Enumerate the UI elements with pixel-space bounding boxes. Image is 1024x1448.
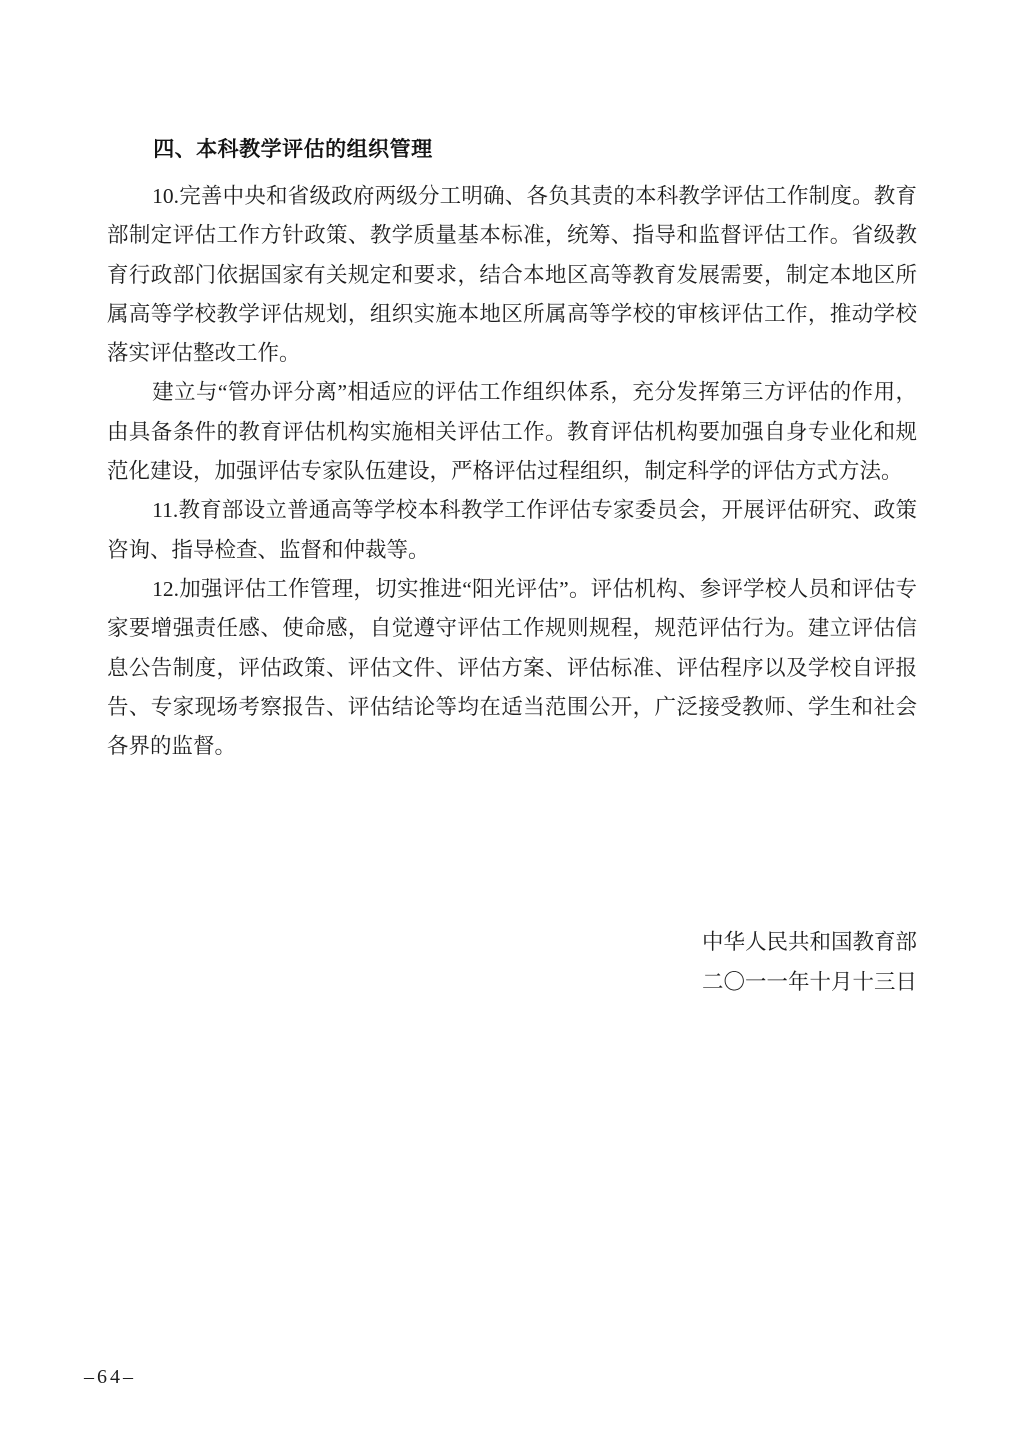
document-page: 四、本科教学评估的组织管理 10.完善中央和省级政府两级分工明确、各负其责的本科… <box>0 0 1024 1448</box>
signature-date: 二〇一一年十月十三日 <box>107 962 917 1002</box>
page-number: –64– <box>84 1366 136 1389</box>
paragraph-item-11: 11.教育部设立普通高等学校本科教学工作评估专家委员会，开展评估研究、政策咨询、… <box>107 491 917 570</box>
section-heading: 四、本科教学评估的组织管理 <box>107 130 917 169</box>
signature-block: 中华人民共和国教育部 二〇一一年十月十三日 <box>107 922 917 1002</box>
document-body: 四、本科教学评估的组织管理 10.完善中央和省级政府两级分工明确、各负其责的本科… <box>107 130 917 1002</box>
paragraph-item-10: 10.完善中央和省级政府两级分工明确、各负其责的本科教学评估工作制度。教育部制定… <box>107 177 917 373</box>
paragraph-item-12: 12.加强评估工作管理，切实推进“阳光评估”。评估机构、参评学校人员和评估专家要… <box>107 570 917 766</box>
paragraph-evaluation-system: 建立与“管办评分离”相适应的评估工作组织体系，充分发挥第三方评估的作用，由具备条… <box>107 373 917 491</box>
signature-issuer: 中华人民共和国教育部 <box>107 922 917 962</box>
